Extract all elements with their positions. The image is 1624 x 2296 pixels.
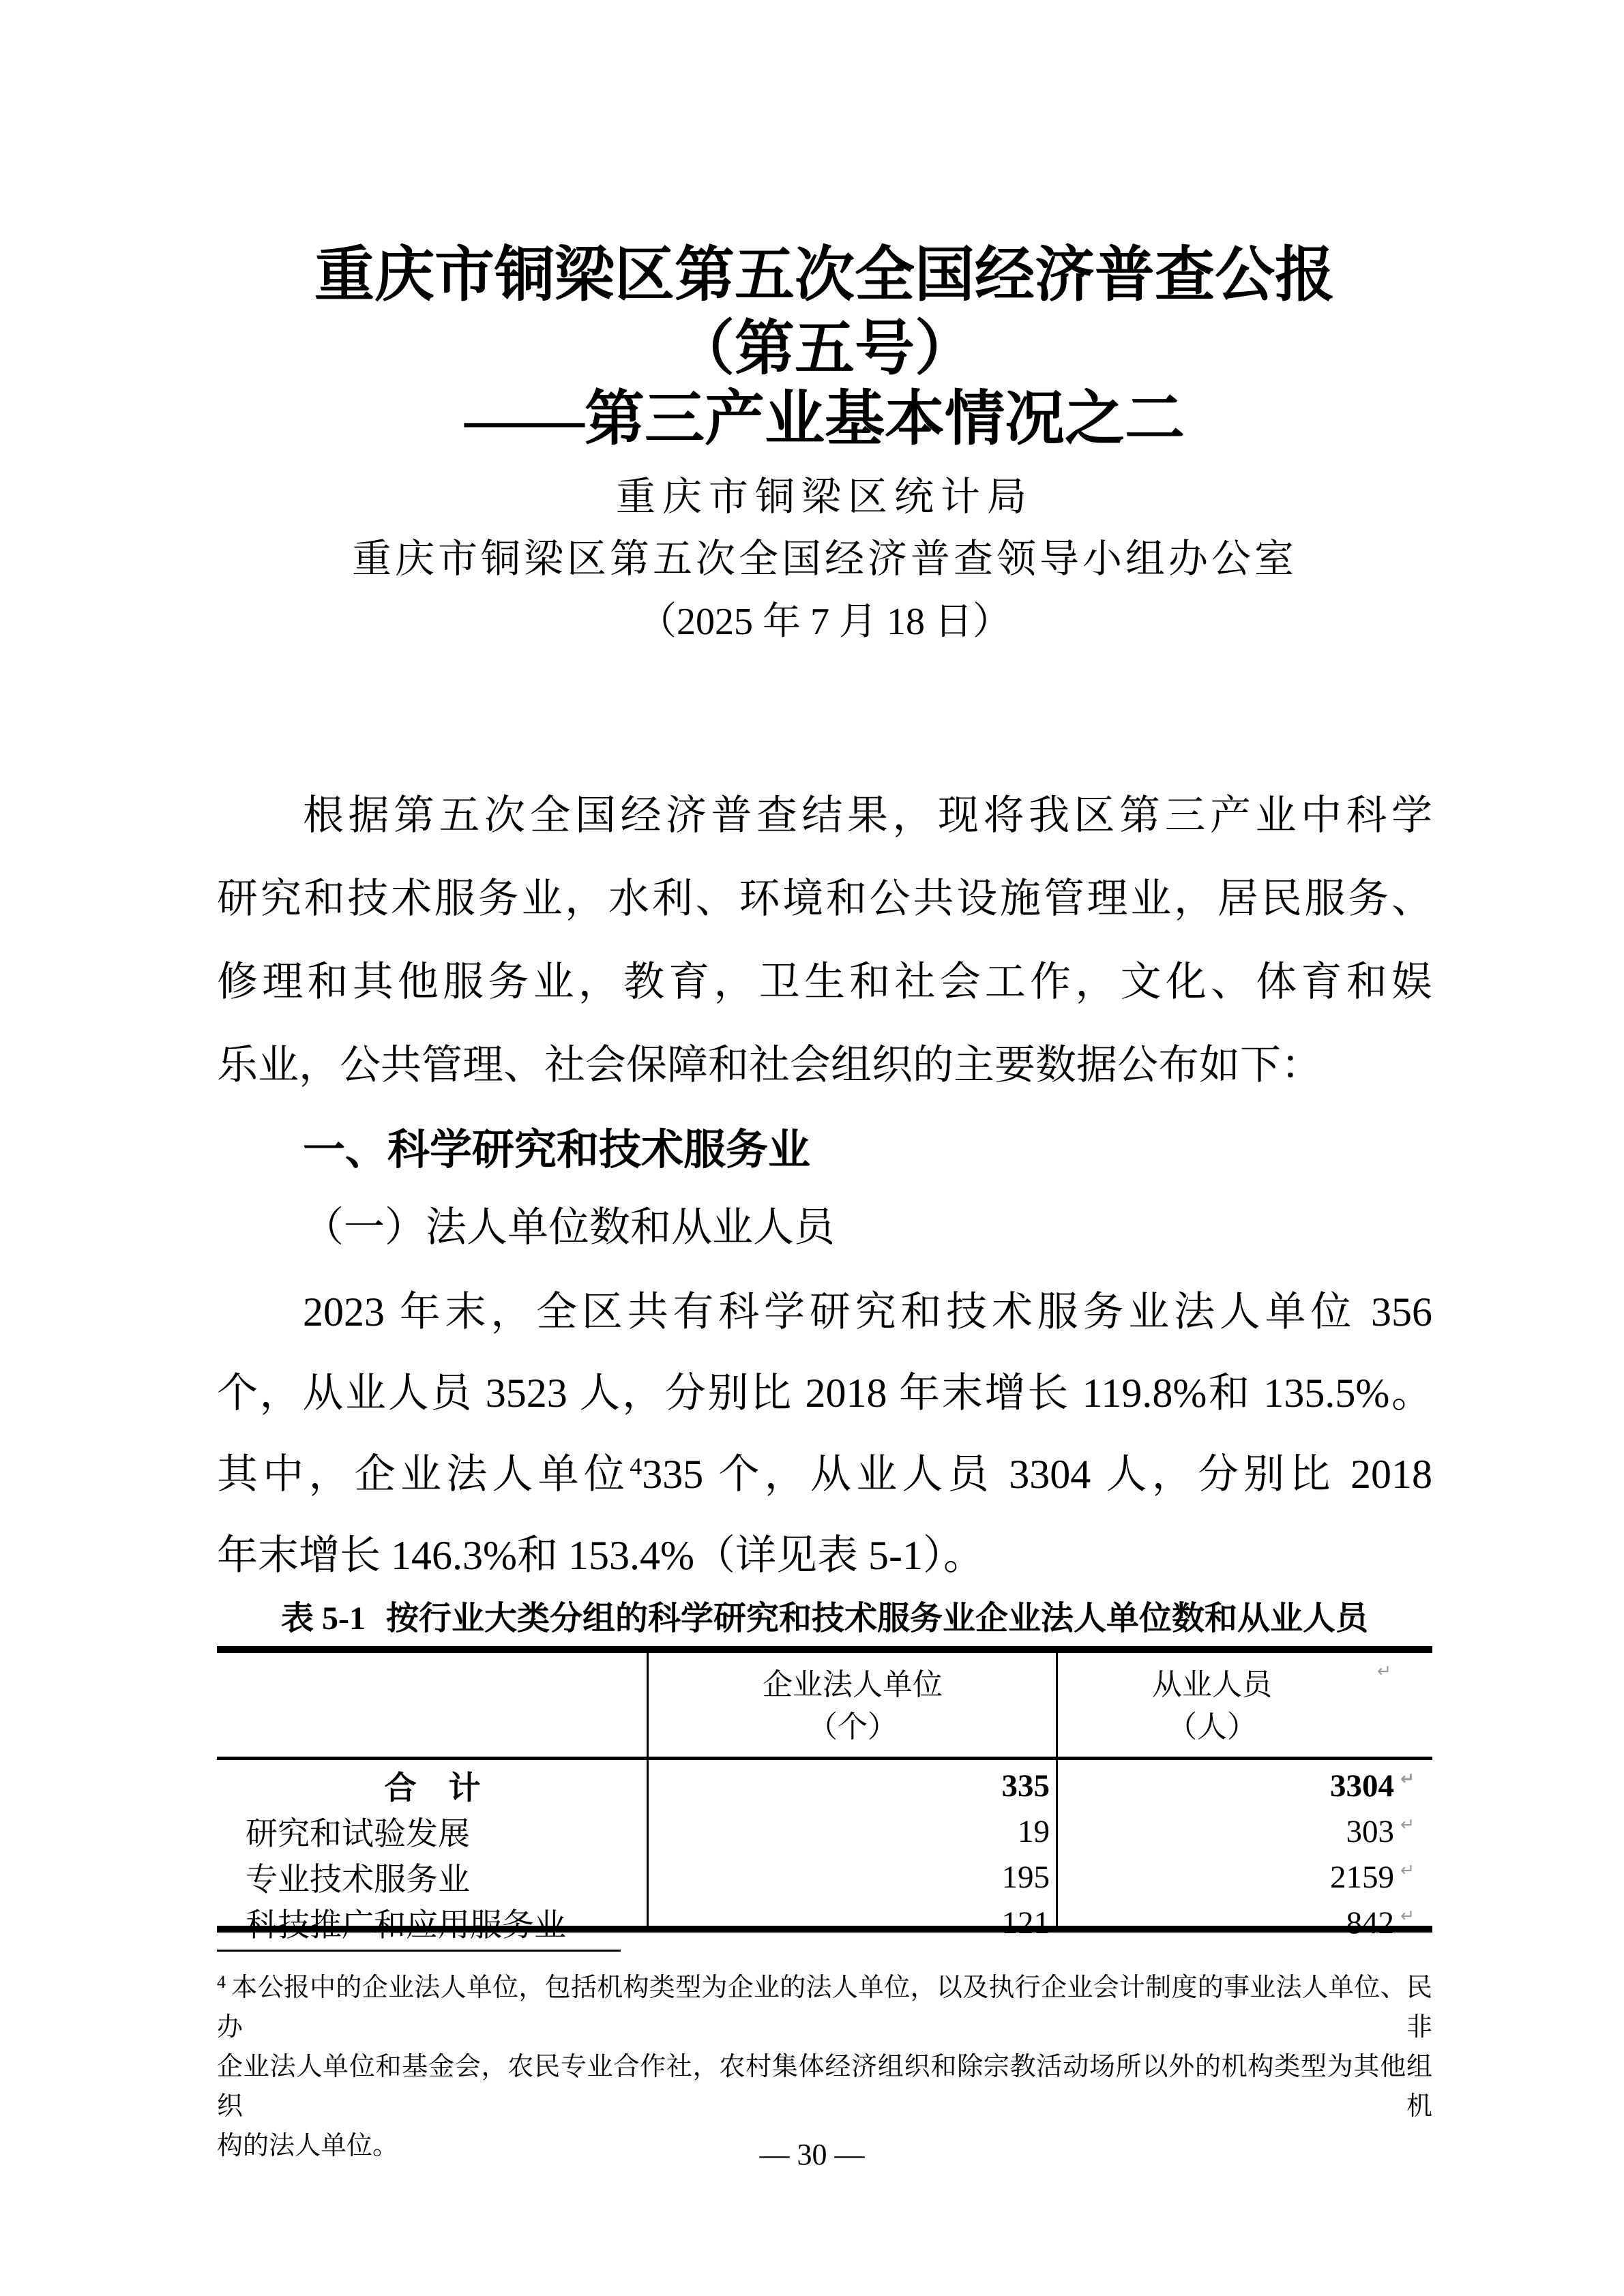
table-caption: 表 5-1按行业大类分组的科学研究和技术服务业企业法人单位数和从业人员 xyxy=(217,1598,1432,1639)
table-vertical-rule-1 xyxy=(647,1653,649,1926)
table-header-divider xyxy=(217,1757,1432,1760)
stats-line-3-post: 335 个，从业人员 3304 人，分别比 2018 xyxy=(642,1452,1432,1497)
table-bottom-border xyxy=(217,1926,1432,1933)
footnote-line-1: 4本公报中的企业法人单位，包括机构类型为企业的法人单位，以及执行企业会计制度的事… xyxy=(217,1968,1432,2047)
table-row: 科技推广和应用服务业 121 842↵ xyxy=(217,1900,1432,1945)
paragraph-mark: ↵ xyxy=(1400,1860,1415,1880)
footnote-line-1-text: 本公报中的企业法人单位，包括机构类型为企业的法人单位，以及执行企业会计制度的事业… xyxy=(217,1973,1432,2042)
title-line-1: 重庆市铜梁区第五次全国经济普查公报 xyxy=(217,240,1432,312)
row-employees-cell: 842↵ xyxy=(1057,1905,1432,1941)
stats-paragraph: 2023 年末，全区共有科学研究和技术服务业法人单位 356 个，从业人员 35… xyxy=(217,1272,1432,1596)
header-units-line-1: 企业法人单位 xyxy=(648,1664,1057,1706)
stats-line-1: 2023 年末，全区共有科学研究和技术服务业法人单位 356 xyxy=(217,1272,1432,1353)
row-employees-value: 842 xyxy=(1346,1905,1395,1941)
table-header-units-cell: 企业法人单位 （个） xyxy=(648,1653,1057,1757)
footnote-reference-superscript: 4 xyxy=(630,1452,642,1480)
intro-line-3: 修理和其他服务业，教育，卫生和社会工作，文化、体育和娱 xyxy=(217,940,1432,1024)
stats-line-3: 其中，企业法人单位4335 个，从业人员 3304 人，分别比 2018 xyxy=(217,1434,1432,1515)
table-vertical-rule-2 xyxy=(1056,1653,1058,1926)
row-units-value: 335 xyxy=(648,1768,1057,1804)
table-top-border xyxy=(217,1646,1432,1653)
table-row: 专业技术服务业 195 2159↵ xyxy=(217,1854,1432,1900)
table-header-employees-cell: 从业人员 （人） ↵ xyxy=(1057,1653,1432,1757)
title-line-2: （第五号） xyxy=(217,312,1432,387)
stats-line-3-pre: 其中，企业法人单位 xyxy=(217,1452,630,1497)
footnote-block: 4本公报中的企业法人单位，包括机构类型为企业的法人单位，以及执行企业会计制度的事… xyxy=(217,1968,1432,2166)
row-employees-cell: 303↵ xyxy=(1057,1813,1432,1850)
table-header-stub-cell xyxy=(217,1653,648,1757)
row-label: 研究和试验发展 xyxy=(217,1808,648,1854)
row-units-value: 121 xyxy=(648,1905,1057,1941)
table-body: 合 计 335 3304↵ 研究和试验发展 19 303↵ 专业技术服务业 19… xyxy=(217,1763,1432,1926)
byline-block: 重庆市铜梁区统计局 重庆市铜梁区第五次全国经济普查领导小组办公室 （2025 年… xyxy=(217,466,1432,653)
document-page: 重庆市铜梁区第五次全国经济普查公报 （第五号） ——第三产业基本情况之二 重庆市… xyxy=(0,0,1624,2296)
row-employees-value: 2159 xyxy=(1330,1860,1394,1895)
row-units-value: 19 xyxy=(648,1813,1057,1850)
section-1-subheading: （一）法人单位数和从业人员 xyxy=(217,1204,1432,1251)
intro-paragraph: 根据第五次全国经济普查结果，现将我区第三产业中科学 研究和技术服务业，水利、环境… xyxy=(217,774,1432,1107)
intro-line-2: 研究和技术服务业，水利、环境和公共设施管理业，居民服务、 xyxy=(217,857,1432,940)
header-employees-line-1: 从业人员 xyxy=(1057,1664,1367,1706)
footnote-number-superscript: 4 xyxy=(217,1972,226,1992)
table-caption-label: 表 5-1 xyxy=(281,1600,366,1637)
table-caption-text: 按行业大类分组的科学研究和技术服务业企业法人单位数和从业人员 xyxy=(386,1600,1368,1637)
paragraph-mark: ↵ xyxy=(1400,1769,1415,1789)
table-row: 研究和试验发展 19 303↵ xyxy=(217,1808,1432,1854)
publication-date: （2025 年 7 月 18 日） xyxy=(217,591,1432,653)
row-employees-value: 3304 xyxy=(1330,1768,1394,1804)
row-employees-value: 303 xyxy=(1346,1814,1395,1849)
paragraph-mark: ↵ xyxy=(1400,1906,1415,1926)
footnote-line-2: 企业法人单位和基金会，农民专业合作社，农村集体经济组织和除宗教活动场所以外的机构… xyxy=(217,2047,1432,2126)
stats-line-2: 个，从业人员 3523 人，分别比 2018 年末增长 119.8%和 135.… xyxy=(217,1353,1432,1434)
table-header-row: 企业法人单位 （个） 从业人员 （人） ↵ xyxy=(217,1653,1432,1757)
header-units-line-2: （个） xyxy=(648,1706,1057,1748)
stats-line-4: 年末增长 146.3%和 153.4%（详见表 5-1）。 xyxy=(217,1515,1432,1596)
row-label: 科技推广和应用服务业 xyxy=(217,1900,648,1945)
table-row: 合 计 335 3304↵ xyxy=(217,1763,1432,1808)
row-employees-cell: 2159↵ xyxy=(1057,1859,1432,1896)
table-5-1: 企业法人单位 （个） 从业人员 （人） ↵ 合 计 335 3304↵ 研究和试… xyxy=(217,1646,1432,1933)
intro-line-4: 乐业，公共管理、社会保障和社会组织的主要数据公布如下： xyxy=(217,1024,1432,1107)
footnote-separator xyxy=(217,1950,621,1952)
page-number: — 30 — xyxy=(0,2137,1624,2173)
title-line-3: ——第三产业基本情况之二 xyxy=(217,387,1432,453)
header-employees-line-2: （人） xyxy=(1057,1706,1367,1748)
paragraph-mark: ↵ xyxy=(1400,1815,1415,1834)
row-label: 合 计 xyxy=(217,1763,648,1808)
document-title-block: 重庆市铜梁区第五次全国经济普查公报 （第五号） ——第三产业基本情况之二 xyxy=(217,240,1432,453)
section-1-heading: 一、科学研究和技术服务业 xyxy=(217,1127,1432,1174)
row-employees-cell: 3304↵ xyxy=(1057,1768,1432,1804)
issuing-org-1: 重庆市铜梁区统计局 xyxy=(217,466,1432,528)
issuing-org-2: 重庆市铜梁区第五次全国经济普查领导小组办公室 xyxy=(217,528,1432,591)
row-units-value: 195 xyxy=(648,1859,1057,1896)
row-label: 专业技术服务业 xyxy=(217,1854,648,1900)
intro-line-1: 根据第五次全国经济普查结果，现将我区第三产业中科学 xyxy=(217,774,1432,857)
paragraph-mark: ↵ xyxy=(1377,1663,1391,1680)
